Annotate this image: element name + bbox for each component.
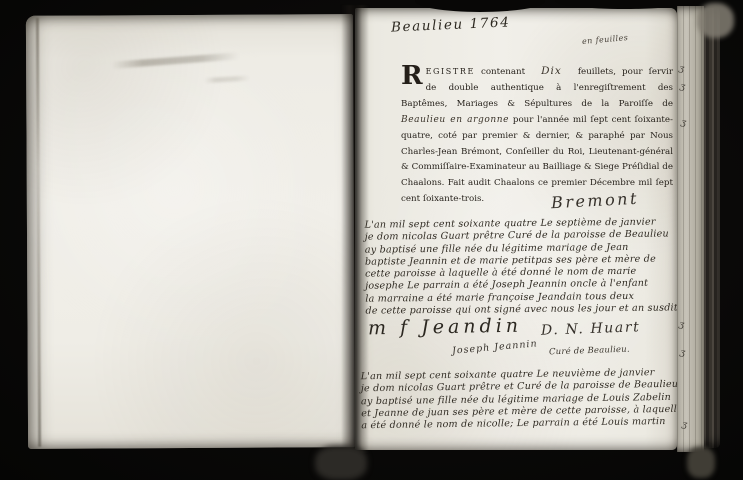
signature-bremont: Bremont — [551, 189, 640, 213]
signature-witness-jeannin: Joseph Jeannin — [452, 338, 538, 356]
baptism-entry-1: L'an mil sept cent soixante quatre Le se… — [364, 216, 686, 318]
ink-bleedthrough-smudge — [111, 52, 239, 69]
signature-priest-title: Curé de Beaulieu. — [549, 345, 630, 358]
drop-cap-R: R — [401, 66, 423, 87]
baptism-entry-2: L'an mil sept cent soixante quatre Le ne… — [361, 367, 684, 433]
handwritten-parish-name: Beaulieu en argonne — [401, 115, 509, 125]
left-page — [26, 14, 355, 449]
signature-witness-jeandin: m f Jeandin — [368, 315, 522, 340]
ink-bleedthrough-smudge — [204, 75, 250, 83]
fore-edge-top-highlight — [697, 3, 734, 38]
signature-priest-huart: D. N. Huart — [541, 319, 641, 338]
book-gutter-shadow — [341, 5, 369, 453]
book-fore-edge-dark-band — [704, 8, 720, 448]
register-scan: Beaulieu 1764 en feuilles REGISTRE conte… — [0, 0, 743, 480]
handwritten-folio-count: Dix — [541, 65, 562, 77]
printed-segment-before-count: contenant — [475, 67, 525, 77]
printed-register-declaration: REGISTRE contenantDixfeuillets, pour ſer… — [401, 64, 673, 208]
gutter-bottom-shadow — [315, 446, 367, 480]
handwritten-year-title: Beaulieu 1764 — [391, 14, 511, 35]
right-page-content: Beaulieu 1764 en feuilles REGISTRE conte… — [355, 8, 677, 450]
registre-smallcaps: EGISTRE — [426, 67, 475, 76]
handwritten-corner-note: en feuilles — [582, 33, 629, 46]
fore-edge-bottom-shadow — [687, 447, 715, 478]
